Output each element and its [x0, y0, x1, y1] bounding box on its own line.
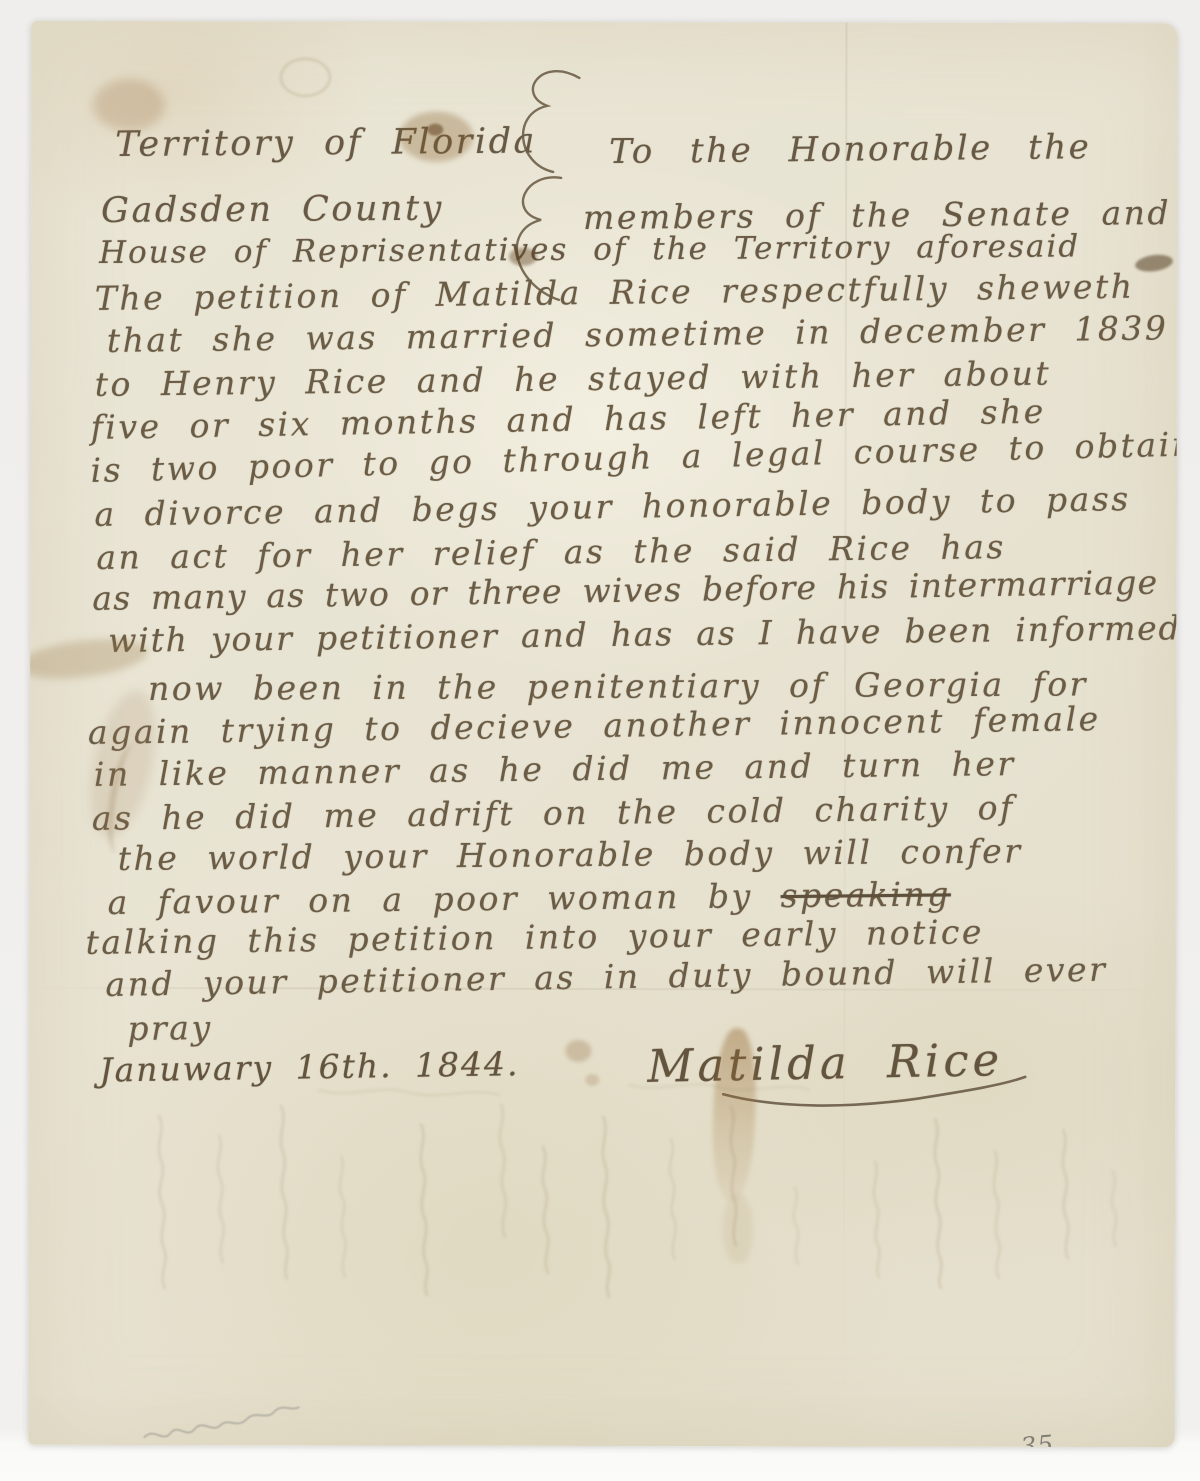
manuscript-line: pray [127, 1008, 213, 1048]
heading-place-line: Gadsden County [101, 189, 444, 231]
heading-address-line: House of Reprisentatives of the Territor… [99, 228, 1080, 271]
sheet-number: 35 [1019, 1430, 1055, 1448]
manuscript-sheet: Territory of Florida Gadsden County To t… [29, 21, 1178, 1447]
manuscript-line: that she was married sometime in decembe… [107, 308, 1169, 360]
manuscript-line: a divorce and begs your honorable body t… [94, 479, 1131, 534]
heading-place-line: Territory of Florida [115, 121, 537, 165]
corner-stain [93, 79, 165, 131]
manuscript-line: the world your Honorable body will confe… [118, 831, 1023, 878]
heading-address-line: To the Honorable the [609, 127, 1091, 172]
manuscript-line: as he did me adrift on the cold charity … [92, 788, 1015, 838]
pencil-scribble [138, 1413, 318, 1447]
struck-out-word: speaking [780, 874, 951, 915]
edge-ink-mark [1134, 253, 1174, 274]
bleedthrough-ghost-writing [69, 1076, 1170, 1378]
manuscript-line: with your petitioner and has as I have b… [108, 608, 1178, 660]
ink-spot [565, 1040, 591, 1062]
faint-ring-mark [279, 57, 331, 97]
manuscript-line: in like manner as he did me and turn her [94, 744, 1016, 794]
